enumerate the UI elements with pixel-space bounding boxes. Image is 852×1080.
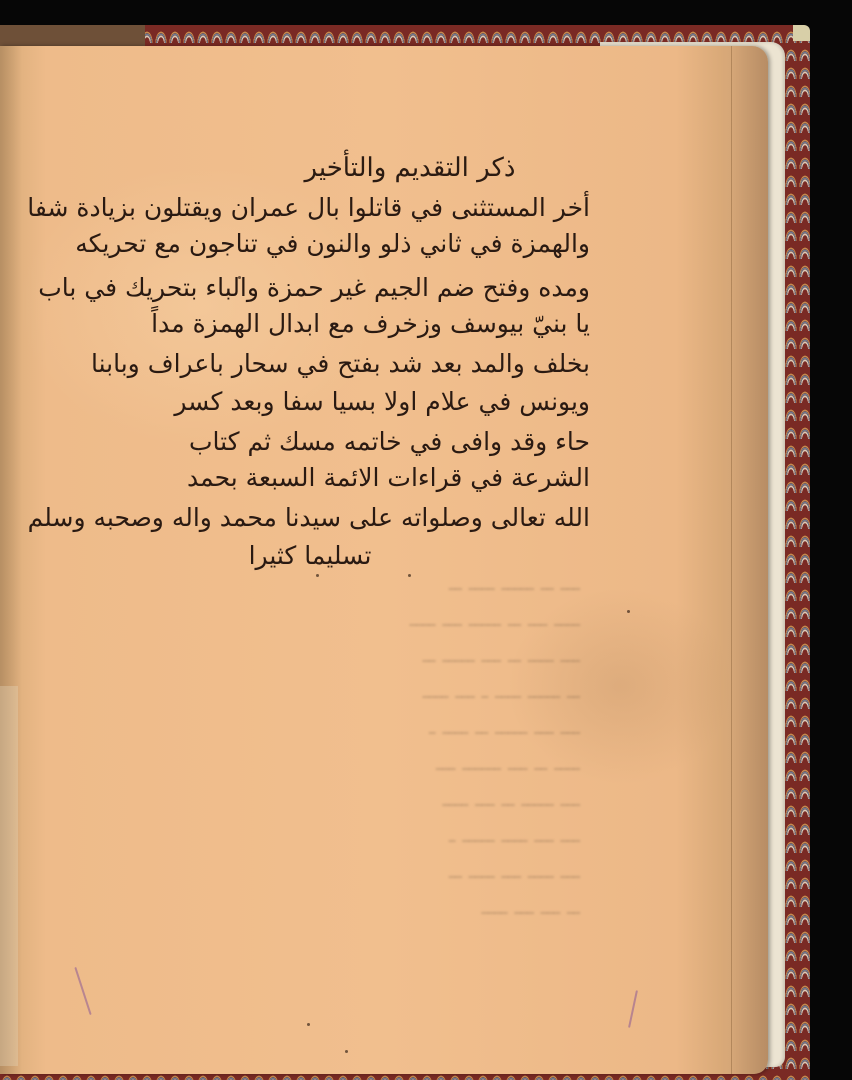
bleed-line: ـــ ــــ ــ ـــ ـــــ ــ — [60, 638, 580, 674]
chapter-heading: ذكر التقديم والتأخير — [250, 150, 570, 186]
bleed-line: ـــ ـــــ ــ ـــ ــــ — [60, 782, 580, 818]
text-line-2: والهمزة في ثاني ذلو والنون في تناجون مع … — [30, 226, 590, 262]
bleed-line: ــ ـــ ـــ ــــ — [60, 890, 580, 926]
bleed-line: ـــ ـــ ــــ ـــــ ـ — [60, 818, 580, 854]
board-corner-vellum — [793, 25, 810, 41]
text-line-8: الشرعة في قراءات الائمة السبعة بحمد — [30, 460, 590, 496]
text-line-5: بخلف والمد بعد شد بفتح في سحار باعراف وب… — [30, 346, 590, 382]
text-line-9: الله تعالى وصلواته على سيدنا محمد واله و… — [30, 500, 590, 536]
text-line-1: أخر المستثنى في قاتلوا بال عمران ويقتلون… — [30, 190, 590, 226]
text-line-6: ويونس في علام اولا بسيا سفا وبعد كسر — [30, 384, 590, 420]
bleed-through-text: ـــ ــ ـــــ ــــ ــ ــــ ـــ ــ ـــــ ـ… — [60, 566, 580, 926]
ink-spot — [627, 610, 630, 613]
manuscript-page: ـــ ــ ـــــ ــــ ــ ــــ ـــ ــ ـــــ ـ… — [0, 46, 768, 1074]
bleed-line: ـــ ـــ ـــــ ــ ــــ ـ — [60, 710, 580, 746]
ink-spot — [307, 1023, 310, 1026]
text-line-10: تسليما كثيرا — [30, 538, 590, 574]
bleed-line: ــــ ـــ ــ ـــــ ـــ ــــ — [60, 602, 580, 638]
page-fore-edge — [731, 46, 768, 1074]
bleed-line: ــــ ــ ـــ ــــــ ـــ — [60, 746, 580, 782]
pencil-mark — [628, 990, 638, 1028]
text-line-4: يا بنيّ بيوسف وزخرف مع ابدال الهمزة مداً — [30, 306, 590, 342]
board-leather-edge — [0, 25, 145, 47]
text-line-3: ومده وفتح ضم الجيم غير حمزة والباء بتحري… — [30, 270, 590, 306]
bleed-line: ــ ـــــ ــــ ـ ـــ ــــ — [60, 674, 580, 710]
ink-spot — [345, 1050, 348, 1053]
pencil-mark — [74, 967, 91, 1015]
text-line-7: حاء وقد وافى في خاتمه مسك ثم كتاب — [30, 424, 590, 460]
bleed-line: ـــ ــــ ـــ ــــ ــ — [60, 854, 580, 890]
paper-repair-patch — [0, 686, 18, 1066]
